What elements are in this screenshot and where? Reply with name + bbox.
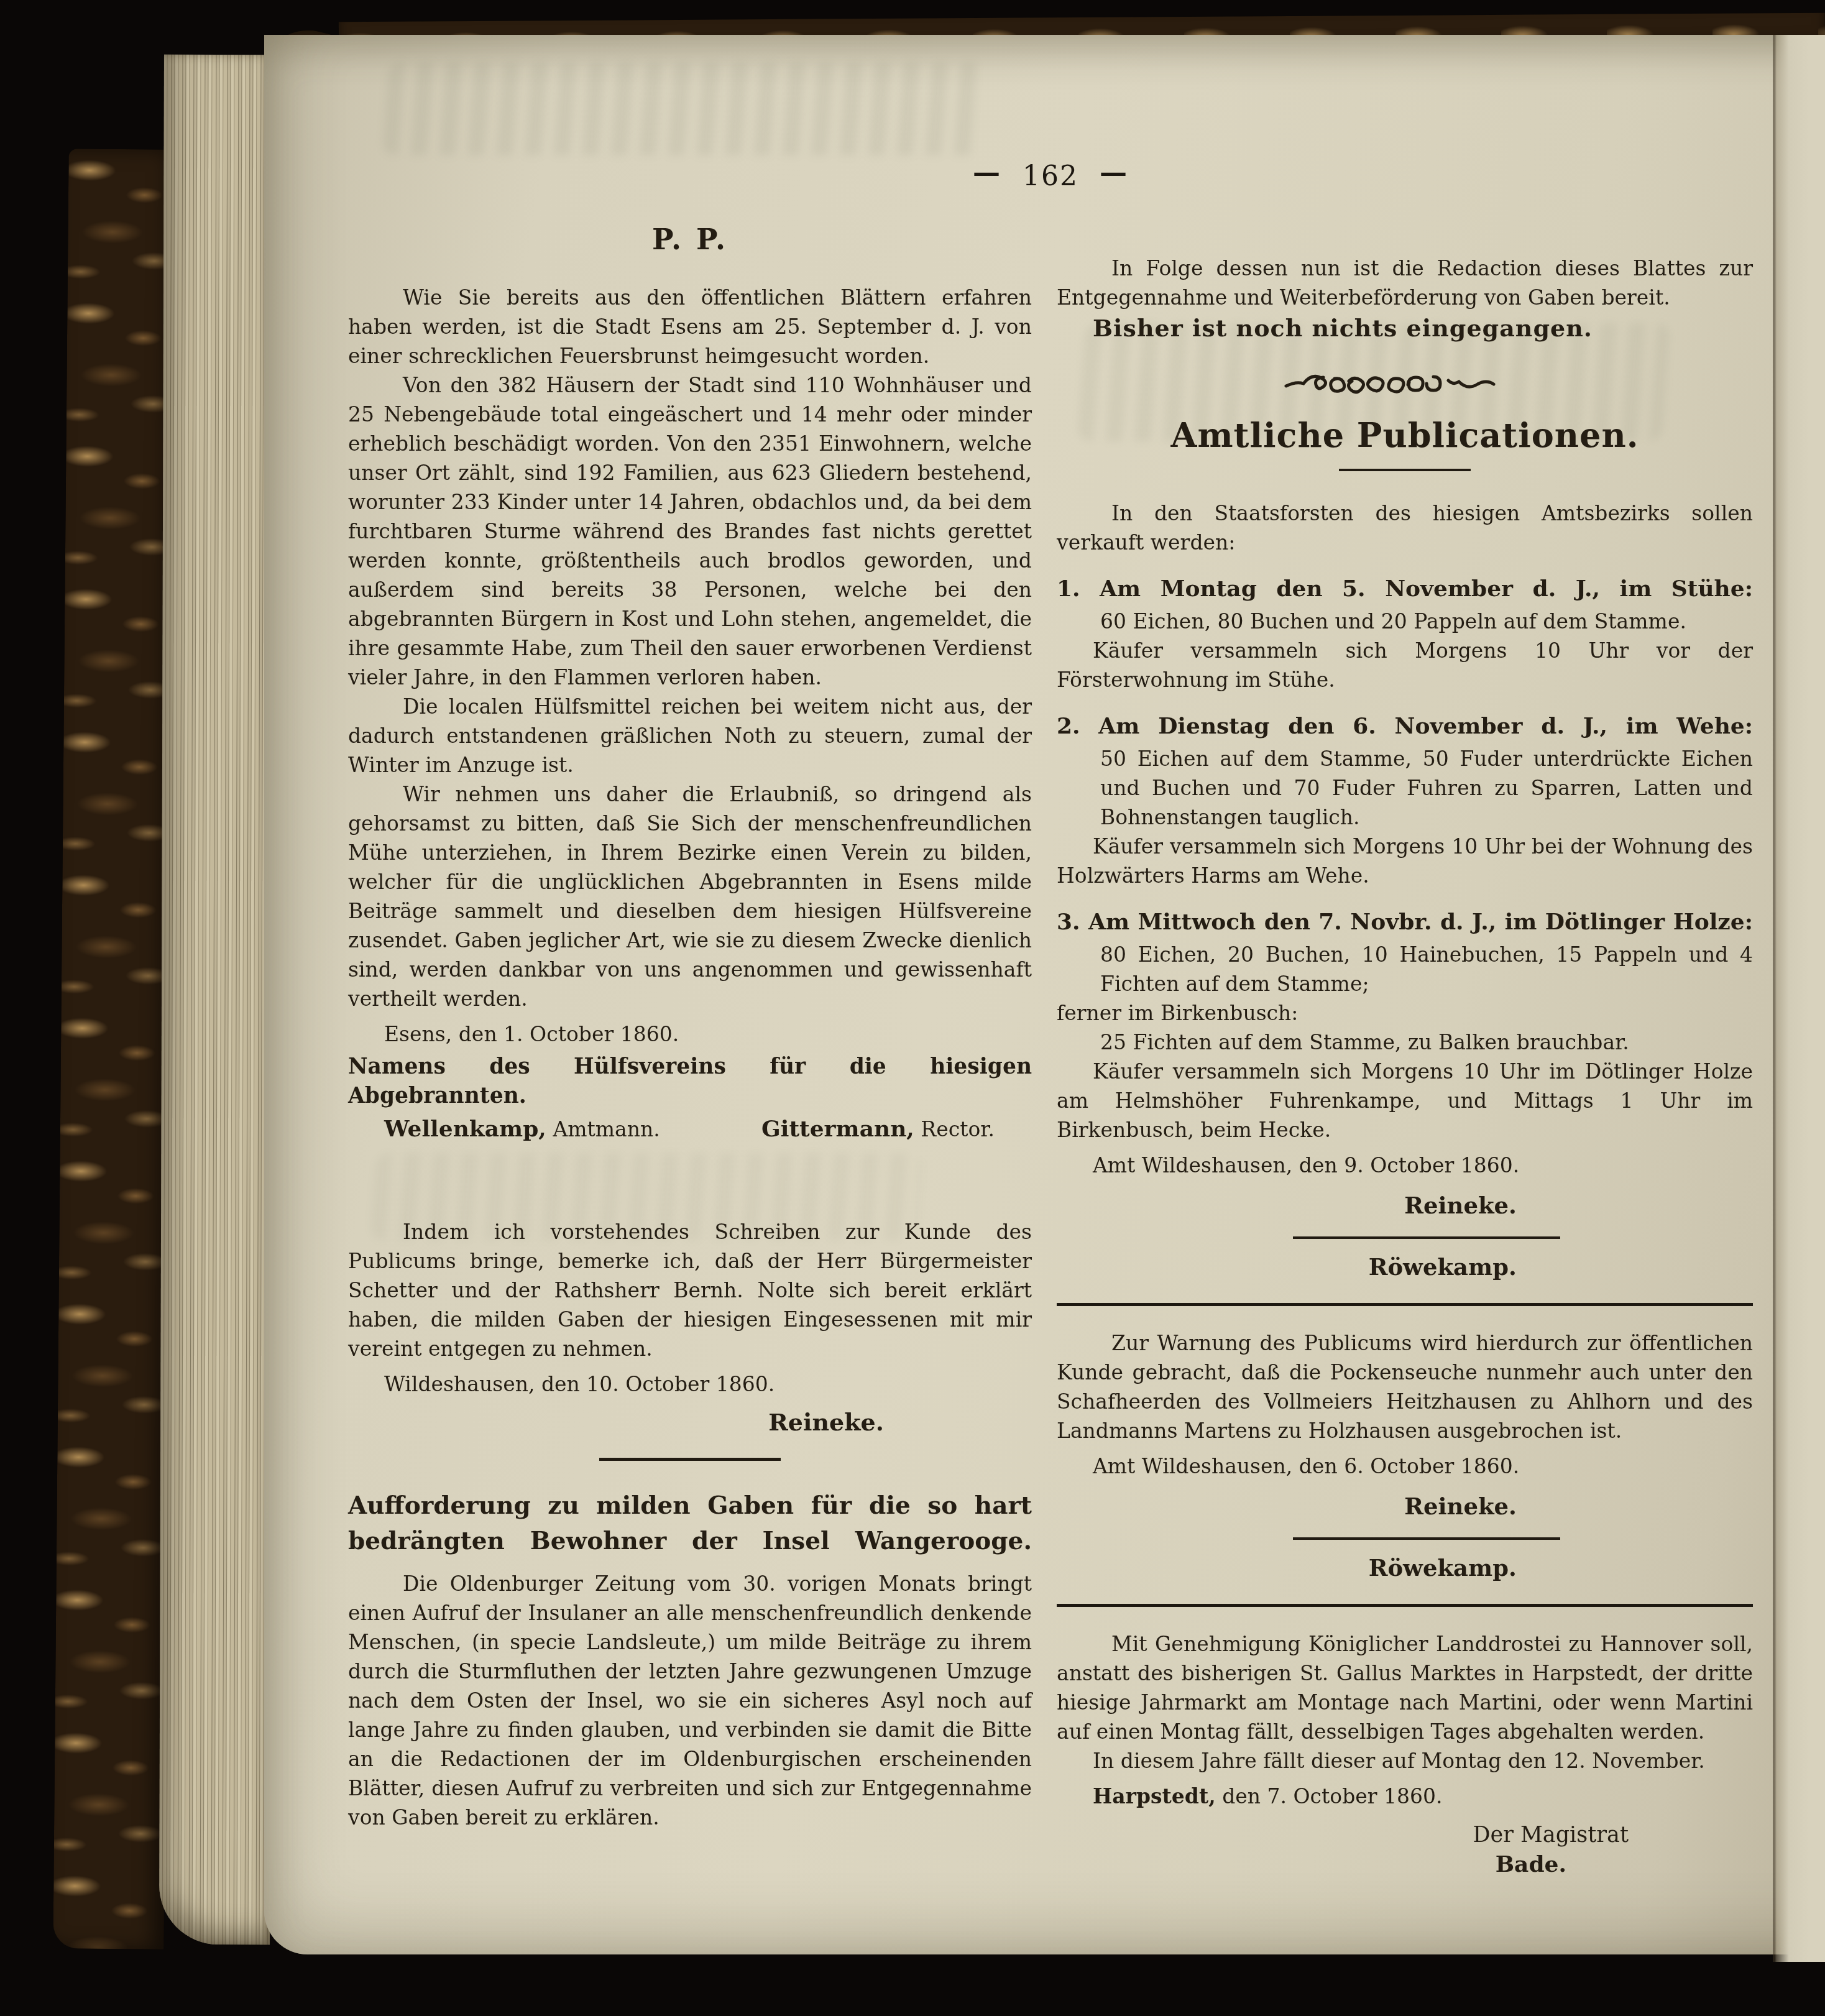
auction-note: Käufer versammeln sich Morgens 10 Uhr vo… bbox=[1057, 636, 1753, 694]
paragraph: Wie Sie bereits aus den öffentlichen Blä… bbox=[348, 283, 1032, 371]
signatories-row: Wellenkamp, Amtmann. Gittermann, Rector. bbox=[348, 1115, 1032, 1144]
auction-number: 3. bbox=[1057, 909, 1080, 935]
signatory-name: Gittermann, bbox=[761, 1116, 914, 1142]
auction-number: 1. bbox=[1057, 576, 1080, 602]
right-column: In Folge dessen nun ist die Redaction di… bbox=[1057, 254, 1753, 1879]
book-scan: —162— P. P. Wie Sie bereits aus den öffe… bbox=[0, 0, 1825, 2016]
auction-heading: 2. Am Dienstag den 6. November d. J., im… bbox=[1057, 711, 1753, 742]
committee-line: Namens des Hülfsvereins für die hiesigen… bbox=[348, 1052, 1032, 1111]
page-stack-edges bbox=[159, 55, 275, 1945]
auction-heading-text: Am Dienstag den 6. November d. J., im We… bbox=[1098, 713, 1753, 739]
dateline-amt-wildeshausen-9: Amt Wildeshausen, den 9. October 1860. bbox=[1057, 1151, 1753, 1180]
forest-intro: In den Staatsforsten des hiesigen Amtsbe… bbox=[1057, 499, 1753, 557]
section-divider-rule bbox=[599, 1458, 781, 1461]
page-gutter bbox=[1773, 35, 1825, 1962]
intro-paragraph: In Folge dessen nun ist die Redaction di… bbox=[1057, 254, 1753, 312]
signature-reineke: Reineke. bbox=[1057, 1492, 1753, 1521]
market-paragraph-2: In diesem Jahre fällt dieser auf Montag … bbox=[1057, 1746, 1753, 1775]
bold-notice: Bisher ist noch nichts eingegangen. bbox=[1057, 313, 1753, 343]
ornamental-divider bbox=[1284, 370, 1526, 398]
header-dash-left: — bbox=[973, 157, 1001, 188]
auction-heading-text: Am Montag den 5. November d. J., im Stüh… bbox=[1100, 576, 1753, 602]
signatory: Wellenkamp, Amtmann. bbox=[384, 1115, 660, 1144]
signatory-title: Amtmann. bbox=[546, 1117, 660, 1141]
auction-detail: 80 Eichen, 20 Buchen, 10 Hainebuchen, 15… bbox=[1100, 940, 1753, 998]
paragraph: Von den 382 Häusern der Stadt sind 110 W… bbox=[348, 371, 1032, 692]
auction-detail: 60 Eichen, 80 Buchen und 20 Pappeln auf … bbox=[1100, 607, 1753, 636]
auction-number: 2. bbox=[1057, 713, 1080, 739]
signatory-name: Wellenkamp, bbox=[384, 1116, 546, 1142]
dateline-harpstedt: Harpstedt, den 7. October 1860. bbox=[1057, 1782, 1753, 1811]
market-paragraph: Mit Genehmigung Königlicher Landdrostei … bbox=[1057, 1629, 1753, 1746]
left-column: P. P. Wie Sie bereits aus den öffentlich… bbox=[348, 225, 1032, 1832]
auction-heading-text: Am Mittwoch den 7. Novbr. d. J., im Dötl… bbox=[1088, 909, 1753, 935]
auction-item-2: 2. Am Dienstag den 6. November d. J., im… bbox=[1057, 711, 1753, 890]
paragraph: Wir nehmen uns daher die Erlaubniß, so d… bbox=[348, 780, 1032, 1013]
auction-detail: 50 Eichen auf dem Stamme, 50 Fuder unter… bbox=[1100, 744, 1753, 832]
closing-bade: Bade. bbox=[1057, 1850, 1753, 1879]
header-dash-right: — bbox=[1100, 157, 1128, 188]
dateline-wildeshausen: Wildeshausen, den 10. October 1860. bbox=[348, 1369, 1032, 1399]
paragraph: Die localen Hülfsmittel reichen bei weit… bbox=[348, 692, 1032, 780]
auction-item-3: 3. Am Mittwoch den 7. Novbr. d. J., im D… bbox=[1057, 906, 1753, 1144]
signature-divider-rule bbox=[1293, 1537, 1560, 1540]
closing-magistrat: Der Magistrat bbox=[1057, 1821, 1753, 1850]
auction-item-1: 1. Am Montag den 5. November d. J., im S… bbox=[1057, 573, 1753, 694]
signatory: Gittermann, Rector. bbox=[761, 1115, 995, 1144]
section-divider-rule bbox=[1057, 1604, 1753, 1607]
auction-subheading: ferner im Birkenbusch: bbox=[1057, 998, 1753, 1028]
auction-heading: 1. Am Montag den 5. November d. J., im S… bbox=[1057, 573, 1753, 604]
heading-underline-rule bbox=[1339, 469, 1471, 471]
auction-note: Käufer versammeln sich Morgens 10 Uhr im… bbox=[1057, 1057, 1753, 1144]
salutation: P. P. bbox=[348, 225, 1032, 254]
page-number: 162 bbox=[1023, 160, 1078, 192]
auction-note: Käufer versammeln sich Morgens 10 Uhr be… bbox=[1057, 832, 1753, 890]
appeal-paragraph: Die Oldenburger Zeitung vom 30. vorigen … bbox=[348, 1569, 1032, 1832]
note-paragraph: Indem ich vorstehendes Schreiben zur Kun… bbox=[348, 1217, 1032, 1363]
signature-roewekamp: Röwekamp. bbox=[1057, 1553, 1753, 1583]
signatory-title: Rector. bbox=[914, 1117, 995, 1141]
signature-reineke: Reineke. bbox=[1057, 1191, 1753, 1220]
dateline-place: Harpstedt, bbox=[1093, 1784, 1216, 1808]
appeal-heading: Aufforderung zu milden Gaben für die so … bbox=[348, 1488, 1032, 1559]
signature-divider-rule bbox=[1293, 1236, 1560, 1239]
dateline-rest: den 7. October 1860. bbox=[1216, 1784, 1443, 1808]
signature-reineke: Reineke. bbox=[348, 1407, 1032, 1437]
dateline-esens: Esens, den 1. October 1860. bbox=[348, 1020, 1032, 1049]
warning-paragraph: Zur Warnung des Publicums wird hierdurch… bbox=[1057, 1328, 1753, 1445]
auction-detail: 25 Fichten auf dem Stamme, zu Balken bra… bbox=[1100, 1028, 1753, 1057]
section-divider-rule bbox=[1057, 1303, 1753, 1306]
dateline-amt-wildeshausen-6: Amt Wildeshausen, den 6. October 1860. bbox=[1057, 1452, 1753, 1481]
signature-roewekamp: Röwekamp. bbox=[1057, 1253, 1753, 1282]
page-number-header: —162— bbox=[348, 160, 1753, 192]
auction-heading: 3. Am Mittwoch den 7. Novbr. d. J., im D… bbox=[1057, 906, 1753, 937]
bleedthrough-ghost bbox=[382, 62, 985, 155]
section-heading: Amtliche Publicationen. bbox=[1057, 421, 1753, 450]
